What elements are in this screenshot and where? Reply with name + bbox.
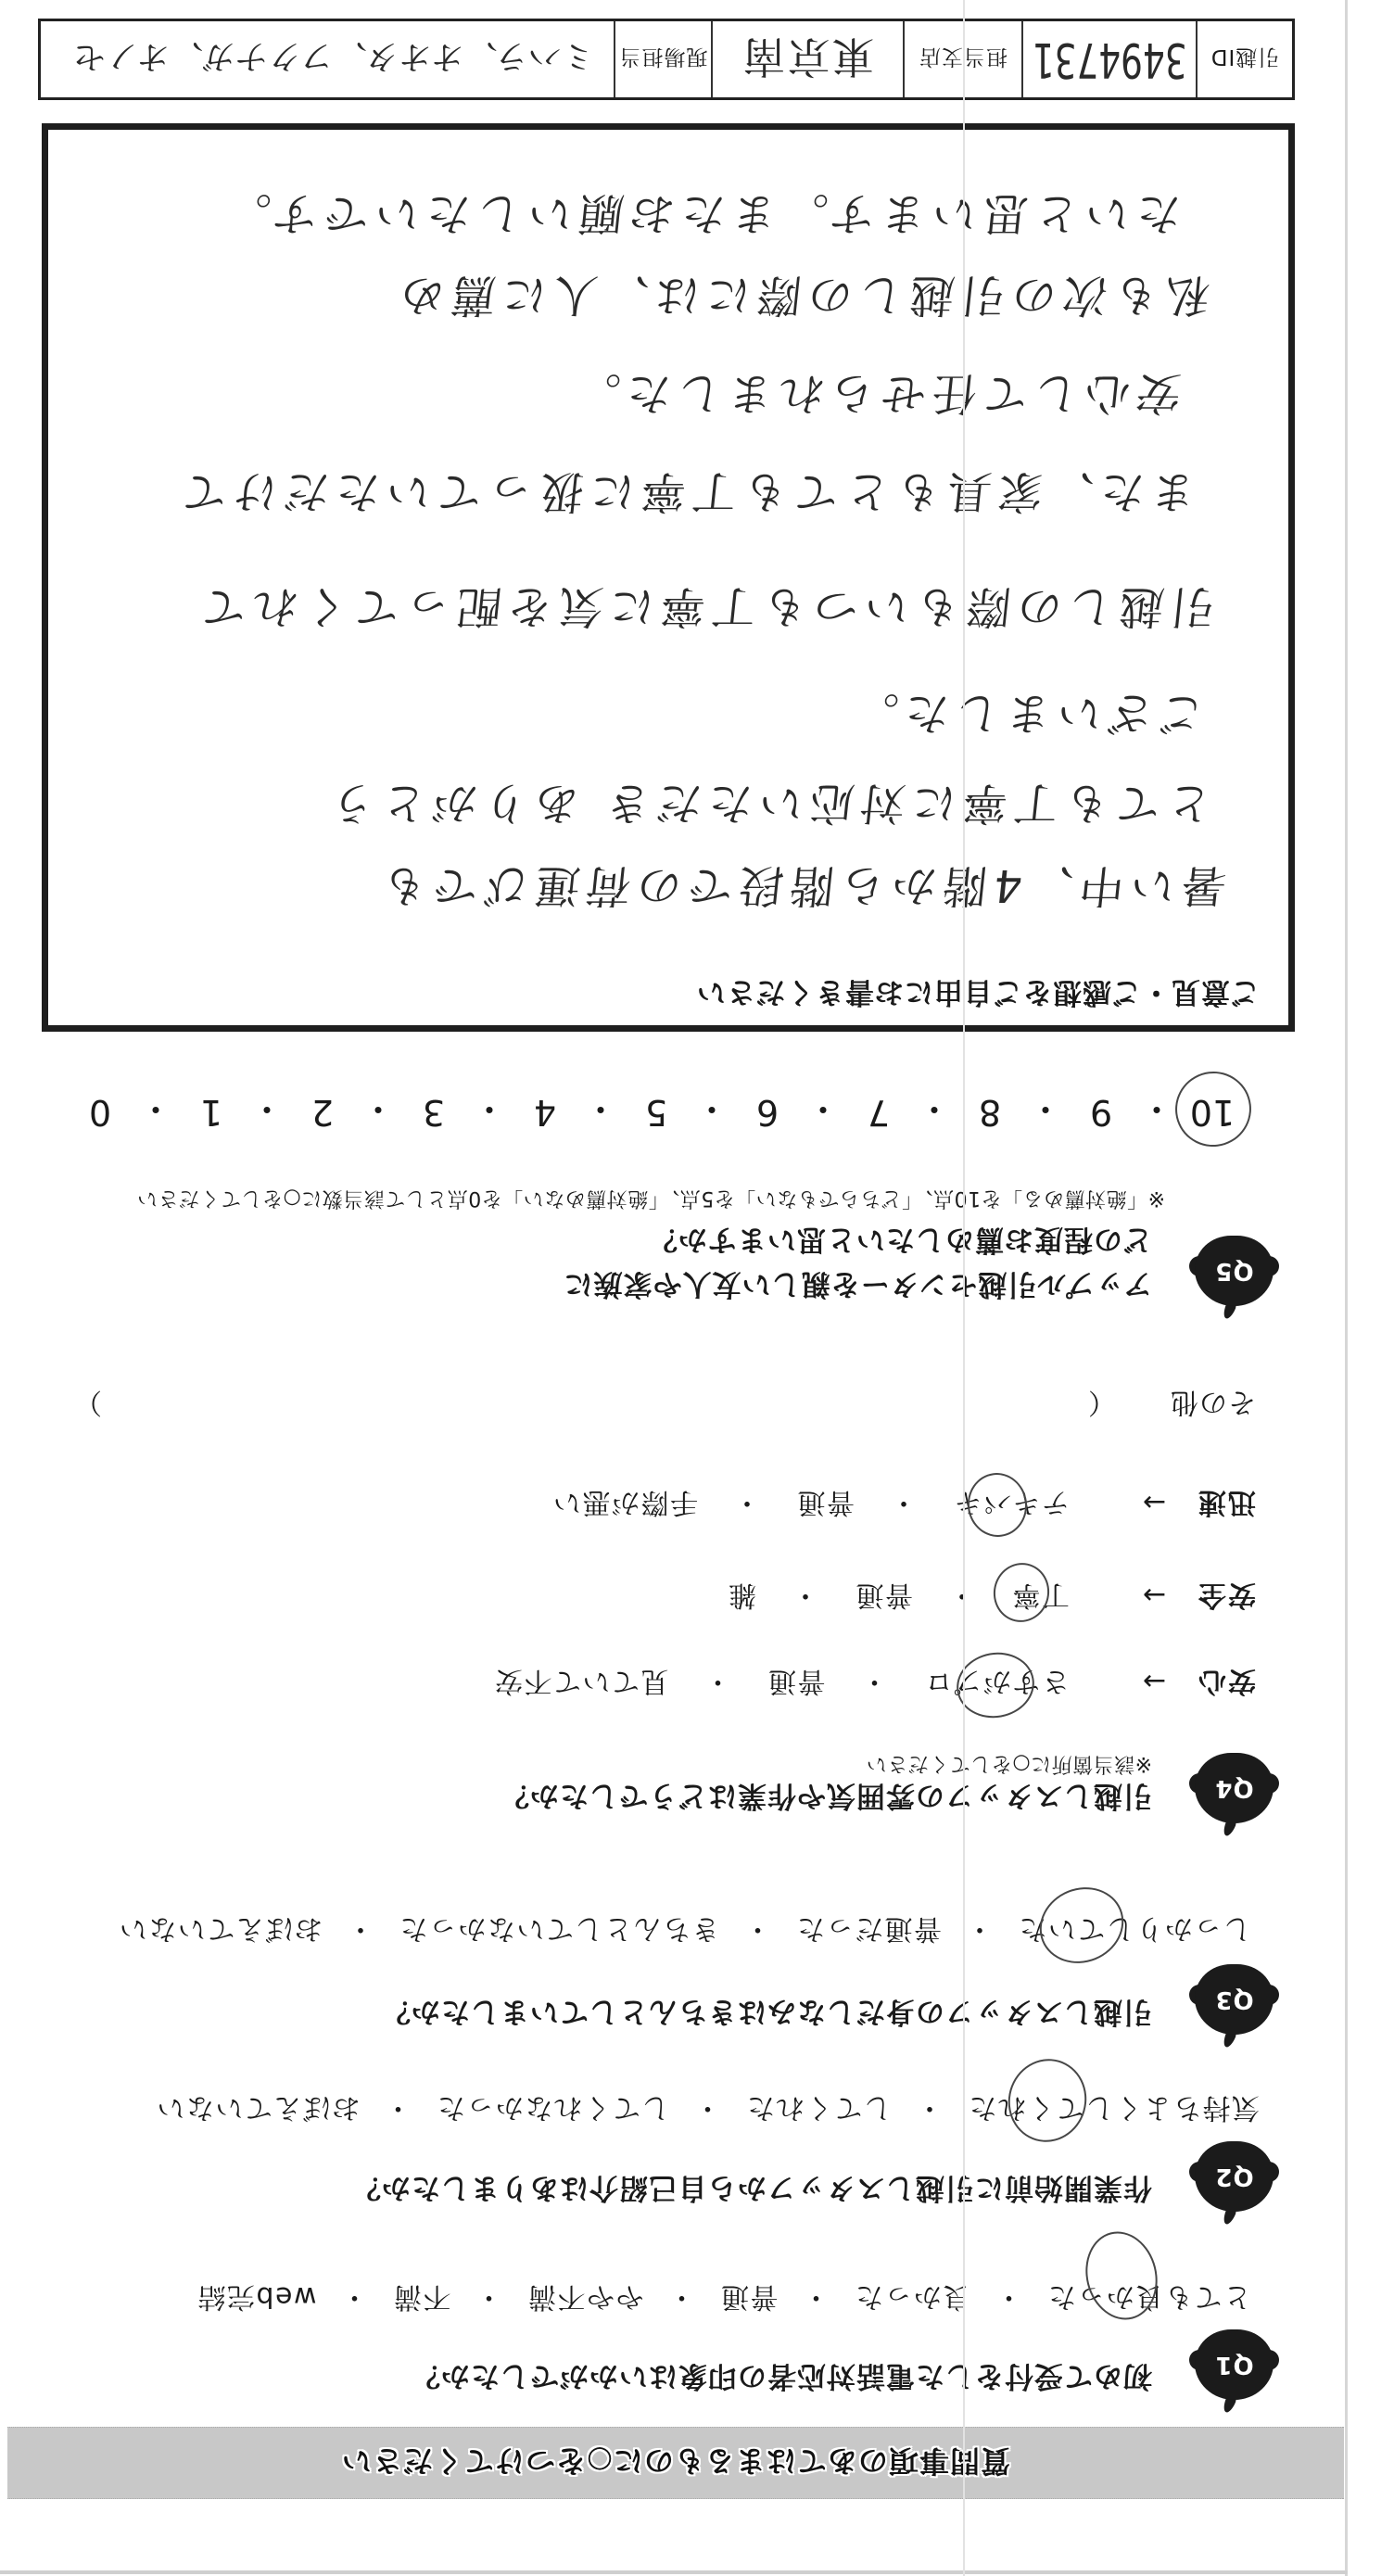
paper-edge (0, 2570, 1348, 2574)
scanner-artifact-line (963, 0, 965, 2576)
q1-question: 初めて受付をした電話対応者の印象はいかがでしたか？ (411, 2357, 1152, 2394)
paper-edge (1345, 0, 1348, 2576)
handwritten-comment-line: とても丁寧に対応いただき ありがとう (322, 775, 1215, 831)
instruction-bar: 質問事項のあてはまるものに○をつけてください (7, 2427, 1344, 2499)
q4-row-label: 安全 (1166, 1576, 1256, 1613)
q4-option: 雑 (728, 1576, 757, 1613)
separator: ・ (341, 2278, 369, 2315)
handwritten-comment-line: ございました。 (844, 685, 1207, 741)
score-option: 5 (628, 1092, 684, 1133)
q5-question-line1: アップル引越センターを親しい友人や家族に (564, 1265, 1152, 1302)
q2-badge: Q2 (1191, 2139, 1277, 2225)
q2-options: 気持ちよくしてくれた ・ してくれた ・ してくれなかった ・ おぼえていない (156, 2088, 1260, 2126)
comment-box: ご意見・ご感想をご自由にお書きください 暑い中、4階から階段での荷運びでも とて… (42, 123, 1295, 1032)
q4-option: 普通 (855, 1576, 913, 1613)
separator: ・ (890, 1483, 918, 1520)
q4-option: 普通 (796, 1483, 855, 1520)
separator: ・ (475, 2278, 503, 2315)
q3-option: おぼえていない (119, 1910, 323, 1947)
staff-value: ミハラ、オオタ、フクナガ、オノセ (72, 36, 595, 83)
separator: ・ (744, 1910, 772, 1947)
q4-row-anzen: 安全 → 丁寧 ・ 普通 ・ 雑 (728, 1576, 1257, 1613)
q4-row-other: その他 （ ） (51, 1383, 1256, 1420)
q4-note: ※該当箇所に○をしてください (866, 1749, 1152, 1777)
separator: ・ (684, 1087, 740, 1138)
separator: ・ (861, 1662, 889, 1699)
q4-row-label: 安心 (1166, 1662, 1256, 1699)
separator: ・ (347, 1910, 374, 1947)
score-option: 9 (1073, 1092, 1129, 1133)
score-option: 3 (406, 1092, 462, 1133)
selection-circle (1028, 1875, 1134, 1976)
q2-option: おぼえていない (156, 2088, 361, 2126)
handwritten-comment-line: また、家具もとても丁寧に扱っていただけて (173, 463, 1198, 519)
selection-circle (998, 2049, 1096, 2151)
q5-score-scale: 10 ・ 9 ・ 8 ・ 7 ・ 6 ・ 5 ・ 4 ・ 3 ・ 2 ・ 1 ・… (72, 1091, 1240, 1134)
q5-question-line2: どの程度お薦めしたいと思いますか？ (648, 1221, 1152, 1258)
arrow-right-icon: → (1070, 1576, 1166, 1613)
score-option: 2 (295, 1092, 350, 1133)
q4-other-open-paren: （ (1088, 1383, 1116, 1420)
separator: ・ (966, 1910, 994, 1947)
handwritten-comment-line: 安心して任せられました。 (566, 365, 1184, 421)
separator: ・ (704, 1662, 732, 1699)
q1-option: 良かった (855, 2278, 971, 2315)
separator: ・ (948, 1576, 976, 1613)
q2-question: 作業開始前に引越しスタッフから自己紹介はありましたか？ (351, 2169, 1152, 2206)
handwritten-comment-line: 私も次の引越しの際には、人に薦め (391, 267, 1212, 323)
apple-icon: Q2 (1195, 2141, 1274, 2212)
q4-row-jinsoku: 迅速 → テキパキ ・ 普通 ・ 手際が悪い (552, 1483, 1257, 1520)
separator: ・ (573, 1087, 628, 1138)
arrow-right-icon: → (1070, 1662, 1166, 1699)
q1-option: 不満 (393, 2278, 451, 2315)
q1-badge: Q1 (1191, 2328, 1277, 2413)
apple-icon: Q4 (1195, 1753, 1274, 1823)
q4-other-label: その他 (1116, 1383, 1256, 1420)
score-option: 8 (962, 1092, 1018, 1133)
survey-form-page: 質問事項のあてはまるものに○をつけてください Q1 初めて受付をした電話対応者の… (0, 0, 1394, 2576)
q3-badge-label: Q3 (1214, 1986, 1253, 2013)
q4-option: 普通 (767, 1662, 826, 1699)
move-id-label: 引越ID (1196, 21, 1292, 97)
separator: ・ (733, 1483, 761, 1520)
selection-circle (1165, 1061, 1261, 1156)
q4-badge-label: Q4 (1214, 1774, 1253, 1802)
apple-icon: Q3 (1195, 1964, 1274, 2035)
score-option: 1 (184, 1092, 239, 1133)
selection-circle (988, 1557, 1055, 1627)
q3-question: 引越しスタッフの身だしなみはきちんとしていましたか？ (381, 1993, 1152, 2030)
score-option: 7 (851, 1092, 906, 1133)
separator: ・ (906, 1087, 962, 1138)
handwritten-comment-line: たいと思います。またお願いしたいです。 (217, 185, 1185, 241)
move-id-value: 3494731 (1033, 32, 1187, 87)
q4-option: 見ていて不安 (494, 1662, 669, 1699)
q4-row-label: 迅速 (1166, 1483, 1256, 1520)
move-info-table: 引越ID 3494731 担当支店 東京南 現場担当 ミハラ、オオタ、フクナガ、… (38, 19, 1295, 100)
q4-badge: Q4 (1191, 1751, 1277, 1836)
separator: ・ (792, 1576, 819, 1613)
q4-other-close-paren: ） (74, 1383, 102, 1420)
branch-label: 担当支店 (903, 21, 1021, 97)
separator: ・ (239, 1087, 295, 1138)
separator: ・ (995, 2278, 1023, 2315)
move-id-cell: 3494731 (1021, 21, 1196, 97)
q3-option: きちんとしていなかった (399, 1910, 720, 1947)
q5-badge: Q5 (1191, 1234, 1277, 1319)
q2-option: してくれなかった (437, 2088, 670, 2126)
q3-badge: Q3 (1191, 1962, 1277, 2048)
handwritten-comment-line: 引越しの際もいつも丁寧に気を配ってくれて (193, 578, 1218, 634)
score-option: 0 (72, 1092, 128, 1133)
comment-label: ご意見・ご感想をご自由にお書きください (696, 974, 1260, 1016)
q4-row-anshin: 安心 → さすがプロ ・ 普通 ・ 見ていて不安 (494, 1662, 1257, 1699)
q1-option: web完結 (196, 2278, 317, 2315)
selection-circle (964, 1469, 1032, 1541)
separator: ・ (1018, 1087, 1073, 1138)
q5-note: ※「絶対薦める」を10点、「どちらでもない」を5点、「絶対薦めない」を0点として… (137, 1184, 1165, 1212)
separator: ・ (128, 1087, 184, 1138)
q1-option: 普通 (720, 2278, 779, 2315)
score-option: 4 (517, 1092, 573, 1133)
q2-option: してくれた (746, 2088, 893, 2126)
separator: ・ (462, 1087, 517, 1138)
handwritten-comment-line: 暑い中、4階から階段での荷運びでも (373, 857, 1229, 913)
arrow-right-icon: → (1070, 1483, 1166, 1520)
separator: ・ (916, 2088, 944, 2126)
separator: ・ (795, 1087, 851, 1138)
q2-badge-label: Q2 (1214, 2163, 1253, 2190)
staff-cell: ミハラ、オオタ、フクナガ、オノセ (46, 21, 614, 97)
separator: ・ (350, 1087, 406, 1138)
apple-icon: Q1 (1195, 2329, 1274, 2400)
score-option: 6 (740, 1092, 795, 1133)
q1-badge-label: Q1 (1214, 2351, 1253, 2379)
q4-option: 手際が悪い (552, 1483, 699, 1520)
branch-value: 東京南 (741, 29, 875, 90)
apple-icon: Q5 (1195, 1236, 1274, 1306)
q4-question: 引越しスタッフの雰囲気や作業はどうでしたか？ (500, 1777, 1152, 1814)
separator: ・ (385, 2088, 412, 2126)
q3-option: 普通だった (796, 1910, 943, 1947)
branch-cell: 東京南 (711, 21, 903, 97)
separator: ・ (803, 2278, 830, 2315)
separator: ・ (668, 2278, 696, 2315)
staff-label: 現場担当 (614, 21, 711, 97)
separator: ・ (694, 2088, 722, 2126)
q5-badge-label: Q5 (1214, 1257, 1253, 1285)
q1-option: やや不満 (527, 2278, 644, 2315)
